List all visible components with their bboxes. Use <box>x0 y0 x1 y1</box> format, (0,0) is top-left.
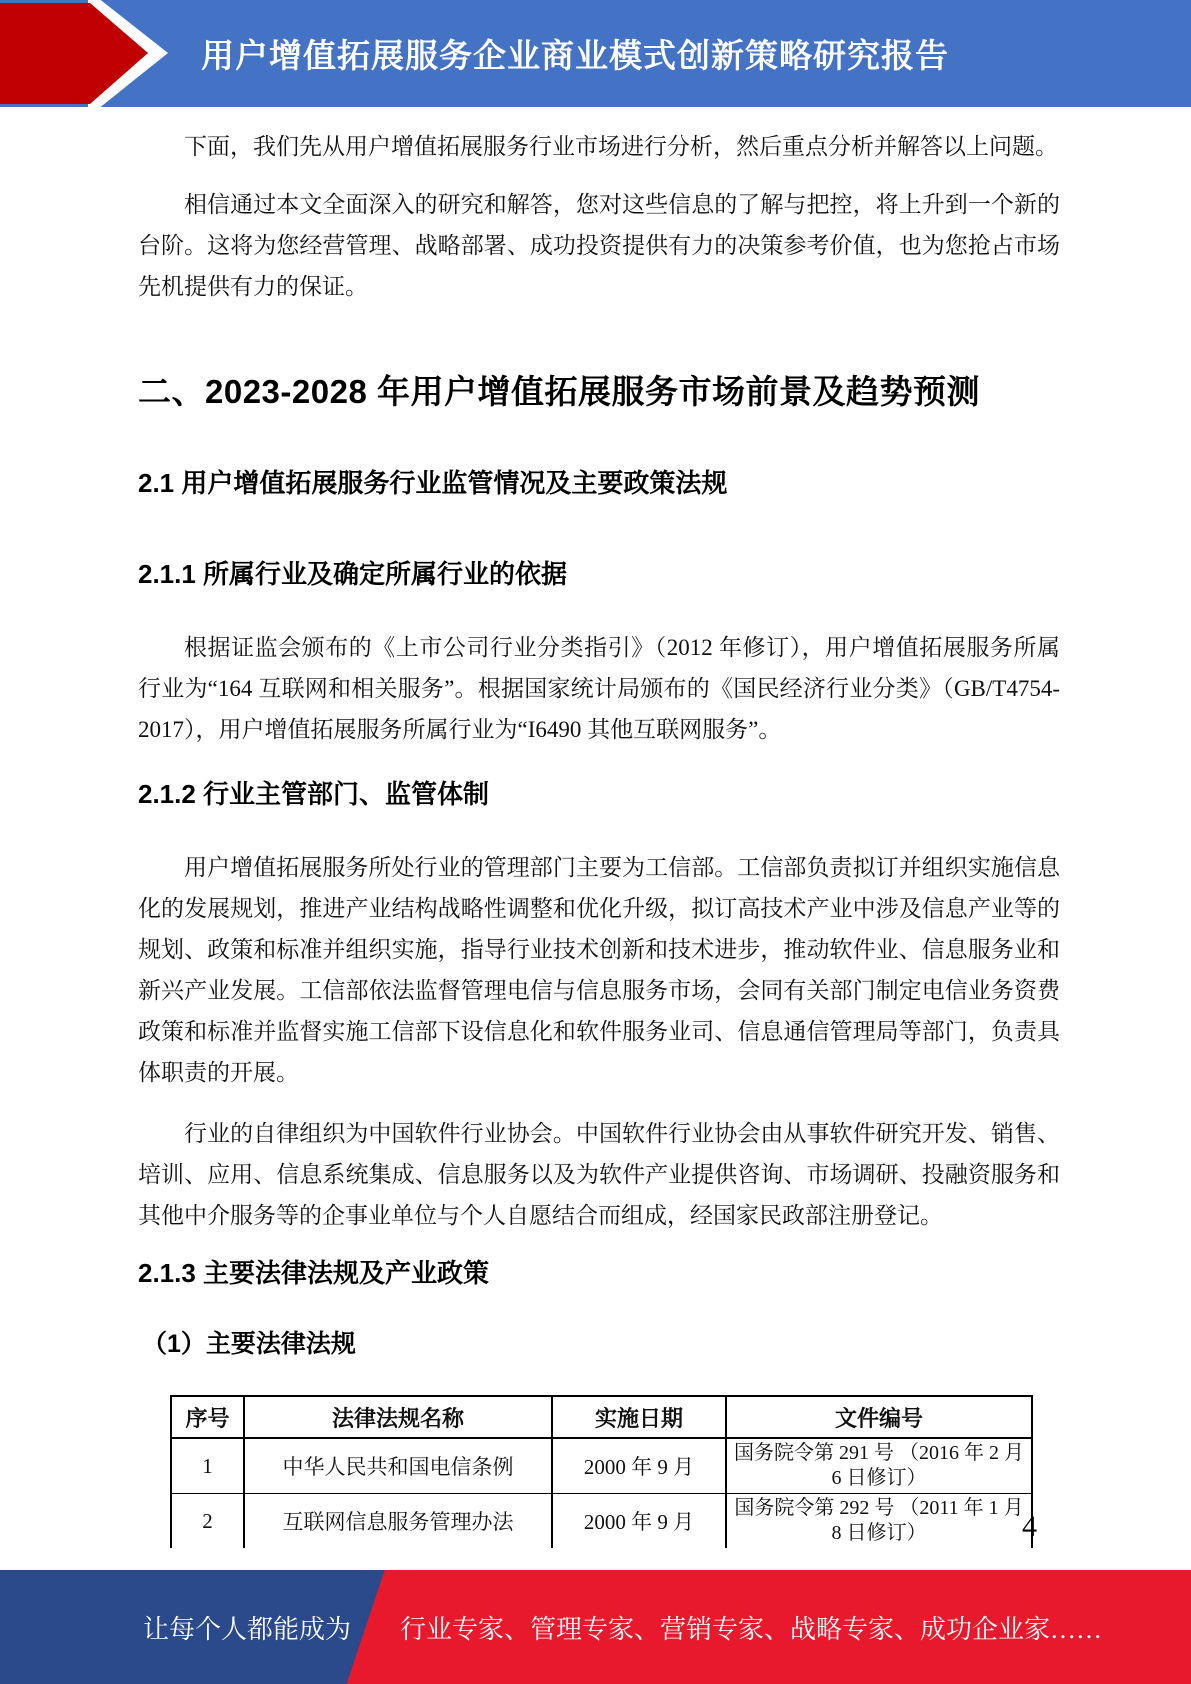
header-banner: 用户增值拓展服务企业商业模式创新策略研究报告 <box>0 0 1191 107</box>
law-table: 序号 法律法规名称 实施日期 文件编号 1 中华人民共和国电信条例 2000 年… <box>170 1395 1033 1548</box>
table-cell-date: 2000 年 9 月 <box>552 1494 726 1549</box>
section-heading-2-1: 2.1 用户增值拓展服务行业监管情况及主要政策法规 <box>138 463 1060 503</box>
paragraph-association: 行业的自律组织为中国软件行业协会。中国软件行业协会由从事软件研究开发、销售、培训… <box>138 1113 1060 1236</box>
paragraph-intro: 下面，我们先从用户增值拓展服务行业市场进行分析，然后重点分析并解答以上问题。 <box>138 107 1060 167</box>
table-header-law-name: 法律法规名称 <box>244 1396 552 1438</box>
table-row: 1 中华人民共和国电信条例 2000 年 9 月 国务院令第 291 号 （20… <box>171 1438 1032 1494</box>
paragraph-value-statement: 相信通过本文全面深入的研究和解答，您对这些信息的了解与把控，将上升到一个新的台阶… <box>138 184 1060 307</box>
paragraph-industry-classification: 根据证监会颁布的《上市公司行业分类指引》（2012 年修订），用户增值拓展服务所… <box>138 627 1060 750</box>
section-heading-2-1-2: 2.1.2 行业主管部门、监管体制 <box>138 775 1060 813</box>
footer-banner: 让每个人都能成为 行业专家、管理专家、营销专家、战略专家、成功企业家…… <box>0 1570 1191 1684</box>
footer-left-slogan: 让每个人都能成为 <box>143 1570 351 1684</box>
section-heading-2-1-3: 2.1.3 主要法律法规及产业政策 <box>138 1254 1060 1292</box>
table-header-doc-no: 文件编号 <box>726 1396 1032 1438</box>
table-cell-law-name: 互联网信息服务管理办法 <box>244 1494 552 1549</box>
footer-right-slogan: 行业专家、管理专家、营销专家、战略专家、成功企业家…… <box>400 1570 1102 1684</box>
table-header-index: 序号 <box>171 1396 244 1438</box>
table-cell-index: 1 <box>171 1438 244 1494</box>
subheading-main-laws: （1）主要法律法规 <box>138 1324 1060 1364</box>
table-header-row: 序号 法律法规名称 实施日期 文件编号 <box>171 1396 1032 1438</box>
table-cell-date: 2000 年 9 月 <box>552 1438 726 1494</box>
red-arrow-icon <box>0 0 175 107</box>
document-body: 下面，我们先从用户增值拓展服务行业市场进行分析，然后重点分析并解答以上问题。 相… <box>138 107 1060 1548</box>
chapter-heading: 二、2023-2028 年用户增值拓展服务市场前景及趋势预测 <box>138 370 1060 414</box>
section-heading-2-1-1: 2.1.1 所属行业及确定所属行业的依据 <box>138 555 1060 593</box>
table-row: 2 互联网信息服务管理办法 2000 年 9 月 国务院令第 292 号 （20… <box>171 1494 1032 1549</box>
table-cell-law-name: 中华人民共和国电信条例 <box>244 1438 552 1494</box>
table-cell-doc-no: 国务院令第 292 号 （2011 年 1 月 8 日修订） <box>726 1494 1032 1549</box>
page-number: 4 <box>1022 1510 1037 1544</box>
report-page: 用户增值拓展服务企业商业模式创新策略研究报告 下面，我们先从用户增值拓展服务行业… <box>0 0 1191 1684</box>
paragraph-regulator: 用户增值拓展服务所处行业的管理部门主要为工信部。工信部负责拟订并组织实施信息化的… <box>138 847 1060 1093</box>
report-title: 用户增值拓展服务企业商业模式创新策略研究报告 <box>170 0 980 107</box>
table-cell-doc-no: 国务院令第 291 号 （2016 年 2 月 6 日修订） <box>726 1438 1032 1494</box>
table-header-date: 实施日期 <box>552 1396 726 1438</box>
table-cell-index: 2 <box>171 1494 244 1549</box>
